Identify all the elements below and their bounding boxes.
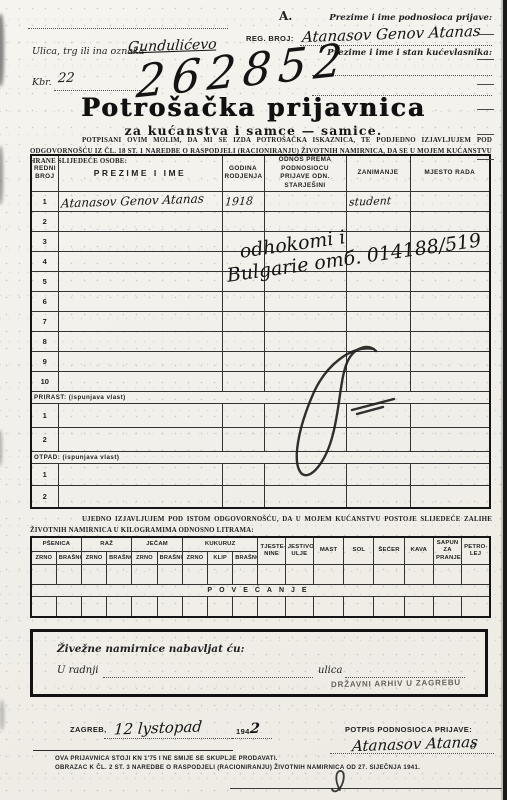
col-zrno: ZRNO <box>132 552 157 565</box>
landlord-label: Prezime i ime i stan kućevlasnika: <box>326 48 492 58</box>
col-psenica: PŠENICA <box>31 537 81 552</box>
supplies-empty-row <box>31 565 490 585</box>
col-jecam: JEČAM <box>132 537 182 552</box>
year-handwritten: 1918 <box>224 194 253 208</box>
city-label: ZAGREB, <box>70 725 107 734</box>
row-number: 4 <box>31 251 58 271</box>
row-number: 6 <box>31 291 58 311</box>
date-handwritten: 12 lystopad <box>113 717 202 738</box>
scan-smudge <box>0 700 4 730</box>
povecanje-row: POVEĆANJE <box>31 585 490 597</box>
persons-header-row: REDNI BROJ PREZIME I IME GODINA RODJENJA… <box>31 155 490 191</box>
col-sol: SOL <box>344 537 374 565</box>
supplies-empty-row <box>31 597 490 618</box>
dotted-line <box>330 752 494 754</box>
scan-edge-right-shadow <box>501 0 503 800</box>
col-odnos: ODNOS PREMA PODNOSIOCU PRIJAVE ODN. STAR… <box>264 155 346 191</box>
otpad-label-row: OTPAD: (ispunjava vlast) <box>31 451 490 463</box>
fine-print-2: OBRAZAC K ČL. 2 ST. 3 NAREDBE O RASPODJE… <box>55 764 475 771</box>
scan-smudge <box>0 430 2 466</box>
col-secer: ŠEĆER <box>374 537 404 565</box>
row-number: 2 <box>31 211 58 231</box>
col-zanimanje: ZANIMANJE <box>346 155 410 191</box>
relation-cell <box>264 191 346 211</box>
col-zrno: ZRNO <box>81 552 106 565</box>
row-number: 10 <box>31 371 58 391</box>
row-number: 1 <box>31 403 58 427</box>
archive-stamp: DRŽAVNI ARHIV U ZAGREBU <box>331 678 461 689</box>
occupation-cell: student <box>346 191 410 211</box>
dotted-line <box>54 89 142 91</box>
povecanje-label: POVEĆANJE <box>31 585 490 597</box>
col-brasno: BRAŠNO <box>56 552 81 565</box>
col-klip: KLIP <box>208 552 233 565</box>
dotted-line <box>232 737 272 739</box>
table-row: 8 <box>31 331 490 351</box>
prirast-label: PRIRAST: (ispunjava vlast) <box>31 391 490 403</box>
col-zrno: ZRNO <box>182 552 207 565</box>
dotted-line <box>103 676 313 678</box>
name-handwritten: Atanasov Genov Atanas <box>60 192 204 211</box>
bottom-scan-line <box>230 788 502 790</box>
col-redni-broj: REDNI BROJ <box>31 155 58 191</box>
col-godina: GODINA RODJENJA <box>222 155 264 191</box>
otpad-label: OTPAD: (ispunjava vlast) <box>31 451 490 463</box>
document-page: A. REG. BROJ: Prezime i ime podnosioca p… <box>0 0 507 800</box>
signature-extra-mark: o <box>470 741 477 752</box>
col-kukuruz: KUKURUZ <box>182 537 258 552</box>
supplies-group-header-row: PŠENICA RAŽ JEČAM KUKURUZ TJESTE- NINE J… <box>31 537 490 552</box>
divider-line <box>33 750 233 752</box>
col-sapun: SAPUN ZA PRANJE <box>433 537 461 565</box>
col-prezime-ime: PREZIME I IME <box>58 155 222 191</box>
col-brasno: BRAŠNO <box>233 552 258 565</box>
shop-line2-prefix: U radnji <box>57 665 99 676</box>
house-number-label: Kbr. <box>32 77 52 88</box>
table-row: 9 <box>31 351 490 371</box>
col-tjestenine: TJESTE- NINE <box>258 537 285 565</box>
perforation-marks <box>477 10 494 180</box>
row-number: 7 <box>31 311 58 331</box>
scan-edge-right <box>503 0 507 800</box>
year-printed: 194 <box>236 727 250 736</box>
col-brasno: BRAŠNO <box>157 552 182 565</box>
row-number: 1 <box>31 463 58 485</box>
table-row: 2 <box>31 427 490 451</box>
row-number: 8 <box>31 331 58 351</box>
persons-table: REDNI BROJ PREZIME I IME GODINA RODJENJA… <box>30 154 491 509</box>
dotted-line <box>28 27 228 29</box>
row-number: 3 <box>31 231 58 251</box>
col-brasno: BRAŠNO <box>107 552 132 565</box>
table-row: 1 <box>31 463 490 485</box>
house-number-handwritten: 22 <box>57 71 75 87</box>
occupation-handwritten: student <box>348 194 391 209</box>
col-kava: KAVA <box>404 537 433 565</box>
table-row: 6 <box>31 291 490 311</box>
shop-box: Živežne namirnice nabavljat ću: U radnji… <box>30 629 488 697</box>
scan-smudge <box>0 14 4 86</box>
name-cell: Atanasov Genov Atanas <box>58 191 222 211</box>
row-number: 1 <box>31 191 58 211</box>
col-mast: MAST <box>313 537 343 565</box>
col-raz: RAŽ <box>81 537 131 552</box>
table-row: 1 Atanasov Genov Atanas 1918 student <box>31 191 490 211</box>
row-number: 2 <box>31 485 58 508</box>
row-number: 5 <box>31 271 58 291</box>
fine-print-1: OVA PRIJAVNICA STOJI KN 1'75 I NE SMIJE … <box>55 755 278 762</box>
col-zrno: ZRNO <box>31 552 56 565</box>
year-handwritten: 2 <box>249 721 260 737</box>
table-row: 10 <box>31 371 490 391</box>
table-row: 7 <box>31 311 490 331</box>
year-cell: 1918 <box>222 191 264 211</box>
scan-smudge <box>0 146 3 204</box>
shop-line1: Živežne namirnice nabavljat ću: <box>57 643 244 655</box>
table-row: 1 <box>31 403 490 427</box>
form-title: Potrošačka prijavnica <box>0 93 507 122</box>
row-number: 9 <box>31 351 58 371</box>
row-number: 2 <box>31 427 58 451</box>
table-row: 2 <box>31 485 490 508</box>
declaration-text-2: UJEDNO IZJAVLJUJEM POD ISTOM ODGOVORNOŠĆ… <box>30 515 492 536</box>
shop-line2-suffix: ulica <box>318 665 342 676</box>
supplies-table: PŠENICA RAŽ JEČAM KUKURUZ TJESTE- NINE J… <box>30 536 491 618</box>
col-jestivo-ulje: JESTIVO ULJE <box>285 537 313 565</box>
section-letter: A. <box>279 9 293 23</box>
col-petrolej: PETRO- LEJ <box>462 537 490 565</box>
prirast-label-row: PRIRAST: (ispunjava vlast) <box>31 391 490 403</box>
